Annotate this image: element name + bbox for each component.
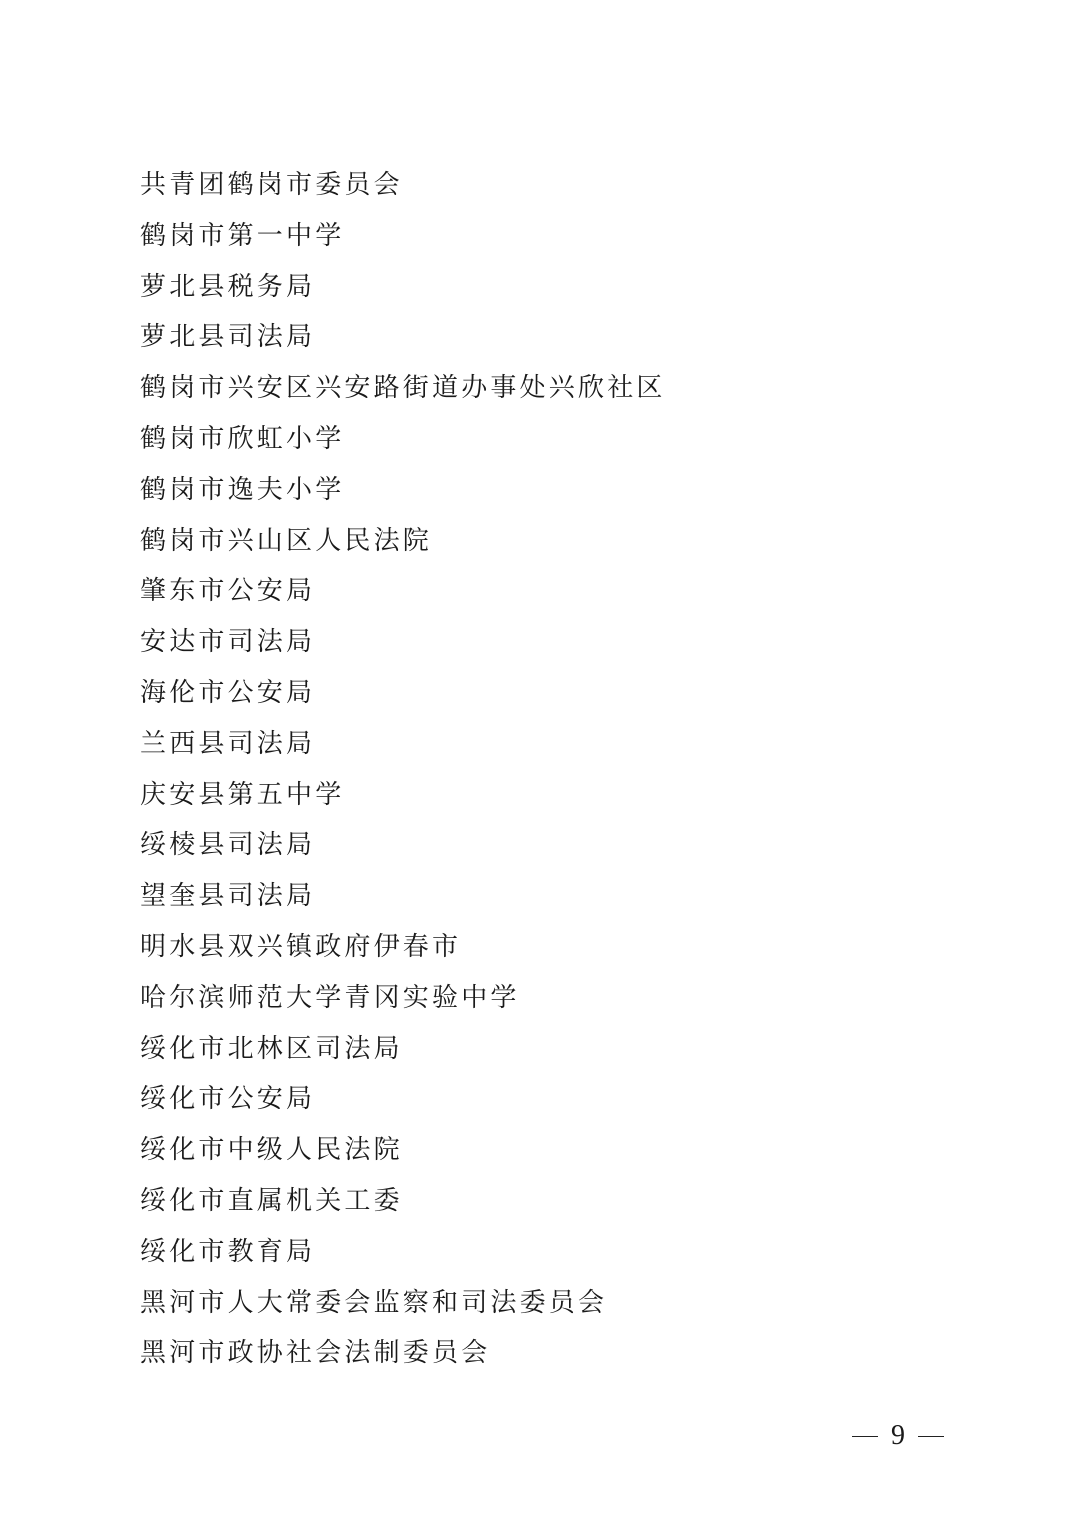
organization-item: 庆安县第五中学 — [140, 773, 666, 824]
organization-item: 鹤岗市兴安区兴安路街道办事处兴欣社区 — [140, 366, 666, 417]
organization-item: 萝北县税务局 — [140, 265, 666, 316]
organization-item: 绥化市北林区司法局 — [140, 1027, 666, 1078]
organization-item: 绥化市中级人民法院 — [140, 1128, 666, 1179]
organization-item: 兰西县司法局 — [140, 722, 666, 773]
organization-item: 望奎县司法局 — [140, 874, 666, 925]
organization-item: 鹤岗市兴山区人民法院 — [140, 519, 666, 570]
page-number: 9 — [852, 1418, 944, 1454]
organization-item: 肇东市公安局 — [140, 569, 666, 620]
right-dash — [918, 1436, 944, 1437]
organization-item: 哈尔滨师范大学青冈实验中学 — [140, 976, 666, 1027]
organization-item: 萝北县司法局 — [140, 315, 666, 366]
organization-item: 绥化市直属机关工委 — [140, 1179, 666, 1230]
organization-item: 鹤岗市欣虹小学 — [140, 417, 666, 468]
organization-item: 海伦市公安局 — [140, 671, 666, 722]
organization-item: 黑河市人大常委会监察和司法委员会 — [140, 1281, 666, 1332]
organization-item: 黑河市政协社会法制委员会 — [140, 1331, 666, 1382]
organization-item: 绥棱县司法局 — [140, 823, 666, 874]
organization-item: 绥化市公安局 — [140, 1077, 666, 1128]
left-dash — [852, 1436, 878, 1437]
organization-list: 共青团鹤岗市委员会 鹤岗市第一中学 萝北县税务局 萝北县司法局 鹤岗市兴安区兴安… — [140, 163, 666, 1382]
organization-item: 鹤岗市逸夫小学 — [140, 468, 666, 519]
organization-item: 鹤岗市第一中学 — [140, 214, 666, 265]
organization-item: 绥化市教育局 — [140, 1230, 666, 1281]
organization-item: 共青团鹤岗市委员会 — [140, 163, 666, 214]
document-page: 共青团鹤岗市委员会 鹤岗市第一中学 萝北县税务局 萝北县司法局 鹤岗市兴安区兴安… — [0, 0, 1080, 1527]
organization-item: 安达市司法局 — [140, 620, 666, 671]
page-number-value: 9 — [883, 1420, 913, 1452]
organization-item: 明水县双兴镇政府伊春市 — [140, 925, 666, 976]
